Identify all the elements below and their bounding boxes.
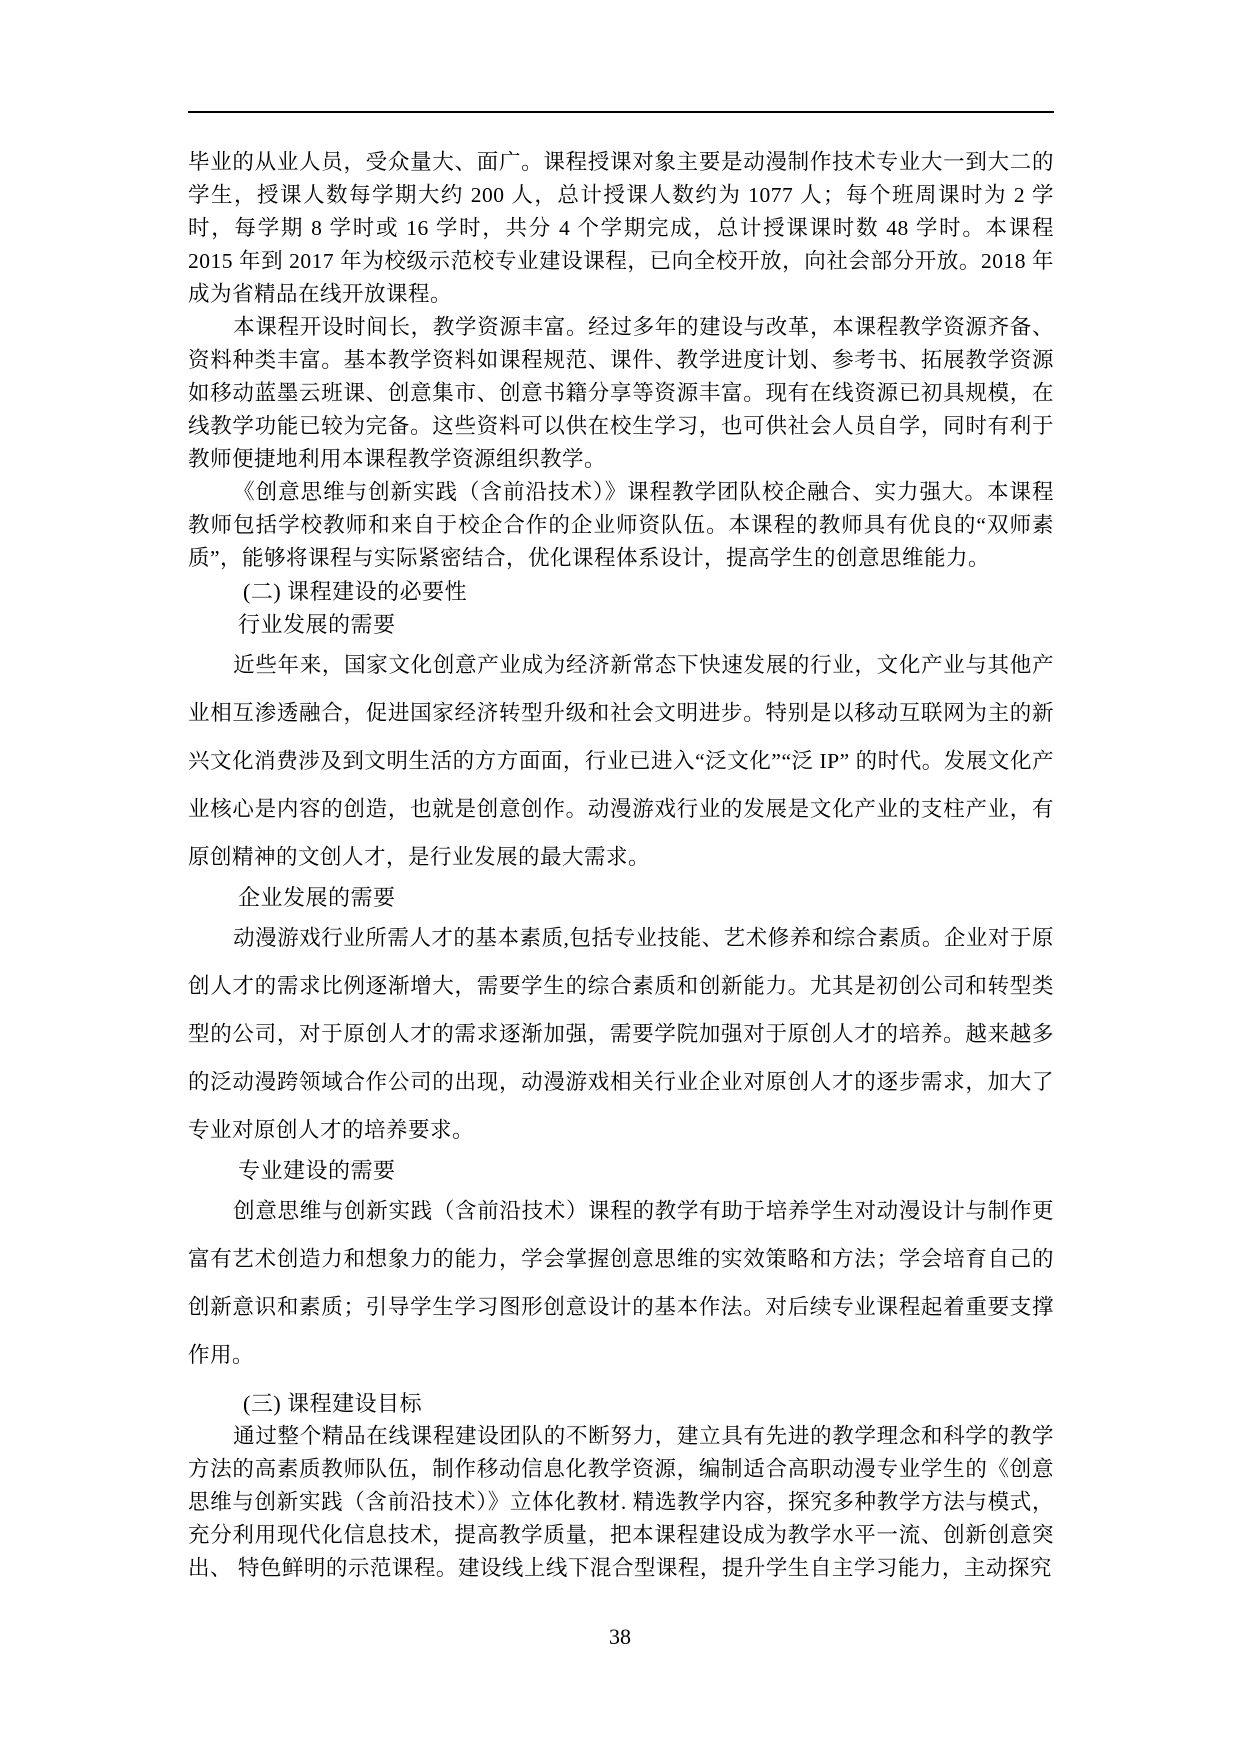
page-footer: 38 bbox=[0, 1622, 1240, 1652]
paragraph: 动漫游戏行业所需人才的基本素质,包括专业技能、艺术修养和综合素质。企业对于原创人… bbox=[188, 914, 1054, 1154]
document-body: 毕业的从业人员，受众量大、面广。课程授课对象主要是动漫制作技术专业大一到大二的学… bbox=[188, 146, 1054, 1585]
section-heading: (二) 课程建设的必要性 bbox=[188, 575, 1054, 608]
page-number: 38 bbox=[609, 1624, 631, 1649]
paragraph: 《创意思维与创新实践（含前沿技术）》课程教学团队校企融合、实力强大。本课程教师包… bbox=[188, 476, 1054, 575]
paragraph: 毕业的从业人员，受众量大、面广。课程授课对象主要是动漫制作技术专业大一到大二的学… bbox=[188, 146, 1054, 311]
paragraph: 创意思维与创新实践（含前沿技术）课程的教学有助于培养学生对动漫设计与制作更富有艺… bbox=[188, 1187, 1054, 1379]
subsection-heading: 企业发展的需要 bbox=[188, 881, 1054, 914]
header-rule bbox=[188, 111, 1054, 113]
document-page: 毕业的从业人员，受众量大、面广。课程授课对象主要是动漫制作技术专业大一到大二的学… bbox=[0, 0, 1240, 1754]
section-heading: (三) 课程建设目标 bbox=[188, 1387, 1054, 1420]
paragraph: 通过整个精品在线课程建设团队的不断努力，建立具有先进的教学理念和科学的教学方法的… bbox=[188, 1420, 1054, 1585]
paragraph: 本课程开设时间长，教学资源丰富。经过多年的建设与改革，本课程教学资源齐备、资料种… bbox=[188, 311, 1054, 476]
subsection-heading: 专业建设的需要 bbox=[188, 1154, 1054, 1187]
paragraph: 近些年来，国家文化创意产业成为经济新常态下快速发展的行业，文化产业与其他产业相互… bbox=[188, 641, 1054, 881]
subsection-heading: 行业发展的需要 bbox=[188, 608, 1054, 641]
